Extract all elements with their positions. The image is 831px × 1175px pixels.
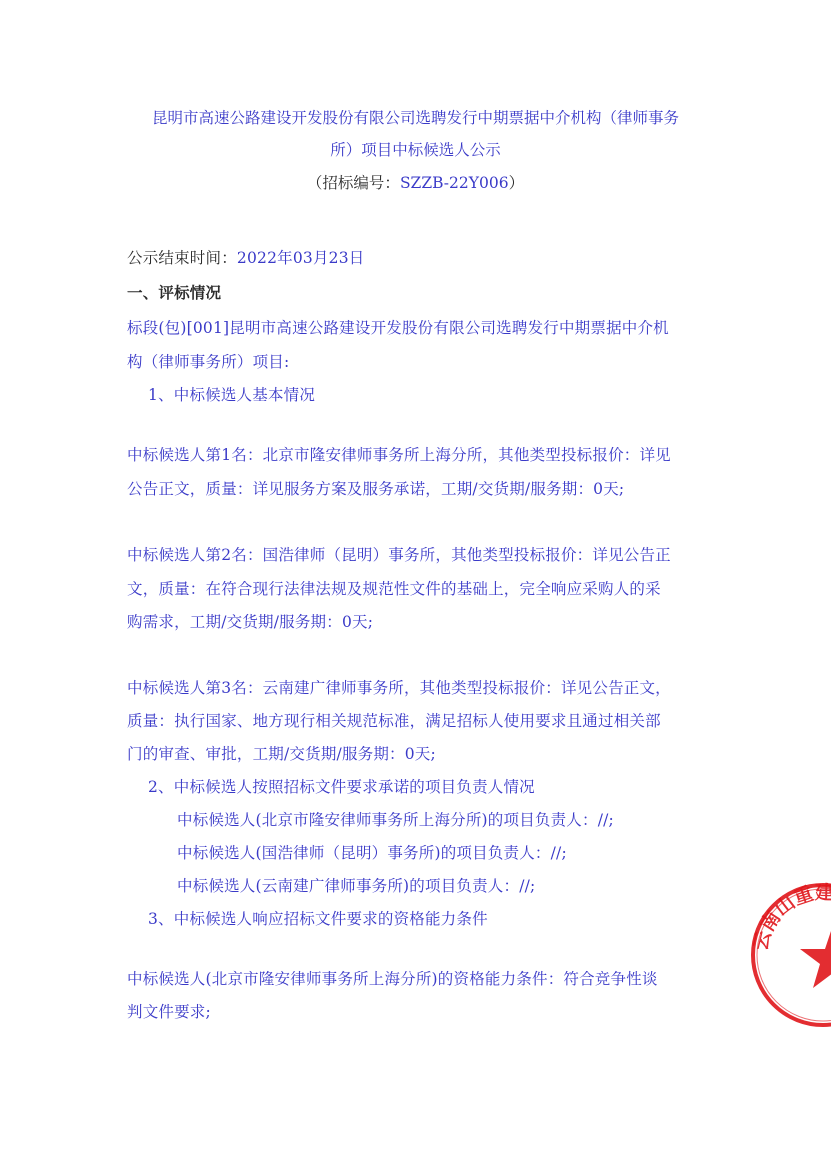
sub3-heading: 3、中标候选人响应招标文件要求的资格能力条件 bbox=[148, 907, 488, 929]
qualification-line1: 中标候选人(北京市隆安律师事务所上海分所)的资格能力条件：符合竞争性谈 bbox=[127, 967, 658, 989]
document-page: 昆明市高速公路建设开发股份有限公司选聘发行中期票据中介机构（律师事务 所）项目中… bbox=[0, 0, 831, 1175]
candidate-2-line1: 中标候选人第2名：国浩律师（昆明）事务所，其他类型投标报价：详见公告正 bbox=[127, 543, 671, 565]
section1-heading: 一、评标情况 bbox=[127, 281, 221, 303]
qualification-line2: 判文件要求; bbox=[127, 1000, 211, 1022]
lot-line1: 标段(包)[001]昆明市高速公路建设开发股份有限公司选聘发行中期票据中介机 bbox=[127, 316, 669, 338]
candidate-1-line2: 公告正文，质量：详见服务方案及服务承诺，工期/交货期/服务期：0天; bbox=[127, 477, 624, 499]
bid-number-value: SZZB-22Y006 bbox=[400, 174, 509, 192]
candidate-3-line2: 质量：执行国家、地方现行相关规范标准，满足招标人使用要求且通过相关部 bbox=[127, 709, 661, 731]
sub2-heading: 2、中标候选人按照招标文件要求承诺的项目负责人情况 bbox=[148, 775, 535, 797]
company-seal-stamp-icon: 云南山重建设工程 bbox=[748, 880, 831, 1030]
bid-number-label: （招标编号： bbox=[307, 174, 400, 192]
candidate-3-line1: 中标候选人第3名：云南建广律师事务所，其他类型投标报价：详见公告正文， bbox=[127, 676, 671, 698]
sub1-heading: 1、中标候选人基本情况 bbox=[148, 383, 315, 405]
project-lead-3: 中标候选人(云南建广律师事务所)的项目负责人：//; bbox=[177, 874, 535, 896]
project-lead-1: 中标候选人(北京市隆安律师事务所上海分所)的项目负责人：//; bbox=[177, 808, 614, 830]
candidate-3-line3: 门的审查、审批，工期/交货期/服务期：0天; bbox=[127, 742, 436, 764]
document-title-line2: 所）项目中标候选人公示 bbox=[0, 138, 831, 160]
bid-number-close: ） bbox=[509, 174, 525, 192]
document-title-line1: 昆明市高速公路建设开发股份有限公司选聘发行中期票据中介机构（律师事务 bbox=[0, 106, 831, 128]
candidate-1-line1: 中标候选人第1名：北京市隆安律师事务所上海分所，其他类型投标报价：详见 bbox=[127, 443, 671, 465]
end-time-value: 2022年03月23日 bbox=[237, 249, 365, 267]
lot-line2: 构（律师事务所）项目: bbox=[127, 350, 289, 372]
candidate-2-line3: 购需求，工期/交货期/服务期：0天; bbox=[127, 610, 373, 632]
bid-number: （招标编号：SZZB-22Y006） bbox=[0, 171, 831, 193]
candidate-2-line2: 文，质量：在符合现行法律法规及规范性文件的基础上，完全响应采购人的采 bbox=[127, 577, 661, 599]
end-time-label: 公示结束时间： bbox=[127, 249, 237, 267]
project-lead-2: 中标候选人(国浩律师（昆明）事务所)的项目负责人：//; bbox=[177, 841, 567, 863]
end-time: 公示结束时间：2022年03月23日 bbox=[127, 246, 365, 268]
